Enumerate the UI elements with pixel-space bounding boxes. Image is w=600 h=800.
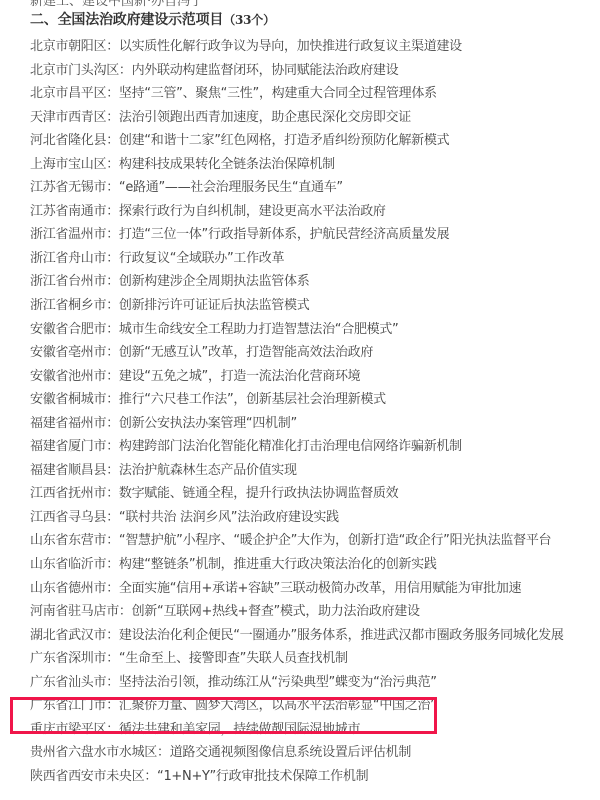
item-text: 构建科技成果转化全链条法治保障机制	[119, 157, 335, 172]
item-region: 山东省临沂市	[30, 557, 106, 572]
list-item: 江西省寻乌县：“联村共治 法润乡风”法治政府建设实践	[30, 506, 564, 530]
item-separator: ：	[106, 345, 119, 360]
item-separator: ：	[106, 510, 119, 525]
item-text: “生命至上、接警即查”失联人员查找机制	[119, 651, 348, 666]
item-region: 上海市宝山区	[30, 157, 106, 172]
item-text: 创新“互联网+热线+督查”模式，助力法治政府建设	[132, 604, 420, 619]
item-text: “e路通”——社会治理服务民生“直通车”	[119, 180, 343, 195]
item-separator: ：	[106, 39, 119, 54]
item-separator: ：	[106, 581, 119, 596]
item-text: 行政复议“全域联办”工作改革	[119, 251, 284, 266]
item-separator: ：	[106, 651, 119, 666]
item-separator: ：	[106, 274, 119, 289]
item-text: 创新构建涉企全周期执法监管体系	[119, 274, 310, 289]
highlight-box	[10, 697, 437, 734]
item-text: 数字赋能、链通全程，提升行政执法协调监督质效	[119, 486, 398, 501]
section-heading: 二、全国法治政府建设示范项目（33个）	[30, 9, 275, 29]
list-item: 山东省德州市：全面实施“信用+承诺+容缺”三联动极简办改革，用信用赋能为审批加速	[30, 577, 564, 601]
list-item: 湖北省武汉市：建设法治化利企便民“一圈通办”服务体系，推进武汉都市圈政务服务同城…	[30, 624, 564, 648]
list-item: 安徽省合肥市：城市生命线安全工程助力打造智慧法治“合肥模式”	[30, 318, 564, 342]
item-text: 法治护航森林生态产品价值实现	[119, 463, 297, 478]
list-item: 浙江省温州市：打造“三位一体”行政指导新体系，护航民营经济高质量发展	[30, 223, 564, 247]
list-item: 安徽省亳州市：创新“无感互认”改革，打造智能高效法治政府	[30, 341, 564, 365]
list-item: 广东省汕头市：坚持法治引领，推动练江从“污染典型”蝶变为“治污典范”	[30, 671, 564, 695]
item-separator: ：	[106, 180, 119, 195]
item-separator: ：	[106, 86, 119, 101]
item-text: 推行“六尺巷工作法”，创新基层社会治理新模式	[119, 392, 386, 407]
item-region: 陕西省西安市未央区	[30, 769, 144, 784]
item-text: 城市生命线安全工程助力打造智慧法治“合肥模式”	[119, 322, 399, 337]
item-separator: ：	[106, 463, 119, 478]
section-heading-count: （33个）	[223, 13, 275, 27]
item-region: 安徽省亳州市	[30, 345, 106, 360]
item-region: 安徽省池州市	[30, 369, 106, 384]
item-region: 安徽省桐城市	[30, 392, 106, 407]
item-text: 建设法治化利企便民“一圈通办”服务体系，推进武汉都市圈政务服务同城化发展	[119, 628, 564, 643]
list-item: 河南省驻马店市：创新“互联网+热线+督查”模式，助力法治政府建设	[30, 600, 564, 624]
item-separator: ：	[106, 369, 119, 384]
project-list: 北京市朝阳区：以实质性化解行政争议为导向，加快推进行政复议主渠道建设北京市门头沟…	[30, 35, 564, 789]
item-region: 浙江省舟山市	[30, 251, 106, 266]
item-region: 山东省德州市	[30, 581, 106, 596]
list-item: 广东省深圳市：“生命至上、接警即查”失联人员查找机制	[30, 647, 564, 671]
item-separator: ：	[106, 486, 119, 501]
list-item: 江西省抚州市：数字赋能、链通全程，提升行政执法协调监督质效	[30, 482, 564, 506]
list-item: 浙江省舟山市：行政复议“全域联办”工作改革	[30, 247, 564, 271]
item-text: 建设“五免之城”，打造一流法治化营商环境	[119, 369, 360, 384]
item-separator: ：	[144, 769, 157, 784]
item-region: 广东省深圳市	[30, 651, 106, 666]
item-region: 山东省东营市	[30, 533, 106, 548]
item-text: 法治引领跑出西青加速度，助企惠民深化交房即交证	[119, 110, 411, 125]
item-text: “1+N+Y”行政审批技术保障工作机制	[157, 769, 368, 784]
item-region: 贵州省六盘水市水城区	[30, 745, 157, 760]
item-region: 广东省汕头市	[30, 675, 106, 690]
item-region: 湖北省武汉市	[30, 628, 106, 643]
section-heading-title: 二、全国法治政府建设示范项目	[30, 12, 223, 28]
item-text: 创新公安执法办案管理“四机制”	[119, 416, 297, 431]
item-separator: ：	[106, 298, 119, 313]
list-item: 福建省厦门市：构建跨部门法治化智能化精准化打击治理电信网络诈骗新机制	[30, 435, 564, 459]
item-region: 江西省寻乌县	[30, 510, 106, 525]
item-separator: ：	[106, 392, 119, 407]
item-separator: ：	[119, 604, 132, 619]
list-item: 江苏省南通市：探索行政行为自纠机制，建设更高水平法治政府	[30, 200, 564, 224]
item-separator: ：	[106, 227, 119, 242]
item-text: 内外联动构建监督闭环，协同赋能法治政府建设	[132, 63, 399, 78]
list-item: 北京市昌平区：坚持“三管”、聚焦“三性”，构建重大合同全过程管理体系	[30, 82, 564, 106]
item-separator: ：	[106, 157, 119, 172]
list-item: 北京市门头沟区：内外联动构建监督闭环，协同赋能法治政府建设	[30, 59, 564, 83]
item-region: 福建省厦门市	[30, 439, 106, 454]
item-text: 以实质性化解行政争议为导向，加快推进行政复议主渠道建设	[119, 39, 462, 54]
item-text: 坚持法治引领，推动练江从“污染典型”蝶变为“治污典范”	[119, 675, 437, 690]
item-region: 天津市西青区	[30, 110, 106, 125]
list-item: 天津市西青区：法治引领跑出西青加速度，助企惠民深化交房即交证	[30, 106, 564, 130]
item-separator: ：	[106, 110, 119, 125]
item-region: 江苏省南通市	[30, 204, 106, 219]
list-item: 福建省顺昌县：法治护航森林生态产品价值实现	[30, 459, 564, 483]
item-region: 福建省顺昌县	[30, 463, 106, 478]
item-separator: ：	[106, 675, 119, 690]
item-region: 江苏省无锡市	[30, 180, 106, 195]
item-region: 江西省抚州市	[30, 486, 106, 501]
list-item: 北京市朝阳区：以实质性化解行政争议为导向，加快推进行政复议主渠道建设	[30, 35, 564, 59]
item-separator: ：	[157, 745, 170, 760]
item-text: 创建“和谐十二家”红色网格，打造矛盾纠纷预防化解新模式	[119, 133, 449, 148]
item-separator: ：	[119, 63, 132, 78]
item-text: 全面实施“信用+承诺+容缺”三联动极简办改革，用信用赋能为审批加速	[119, 581, 521, 596]
item-text: 探索行政行为自纠机制，建设更高水平法治政府	[119, 204, 386, 219]
item-text: 构建“整链条”机制，推进重大行政决策法治化的创新实践	[119, 557, 437, 572]
list-item: 浙江省台州市：创新构建涉企全周期执法监管体系	[30, 270, 564, 294]
item-separator: ：	[106, 416, 119, 431]
item-region: 河北省隆化县	[30, 133, 106, 148]
item-separator: ：	[106, 628, 119, 643]
item-text: 构建跨部门法治化智能化精准化打击治理电信网络诈骗新机制	[119, 439, 462, 454]
item-region: 浙江省温州市	[30, 227, 106, 242]
item-text: 创新排污许可证证后执法监管模式	[119, 298, 310, 313]
item-text: 道路交通视频图像信息系统设置后评估机制	[170, 745, 411, 760]
list-item: 福建省福州市：创新公安执法办案管理“四机制”	[30, 412, 564, 436]
item-separator: ：	[106, 204, 119, 219]
item-text: 打造“三位一体”行政指导新体系，护航民营经济高质量发展	[119, 227, 449, 242]
cut-off-text-line: 新建工、建设中国新·办自冯子	[30, 0, 203, 9]
item-region: 北京市门头沟区	[30, 63, 119, 78]
item-separator: ：	[106, 557, 119, 572]
item-region: 北京市昌平区	[30, 86, 106, 101]
item-region: 福建省福州市	[30, 416, 106, 431]
item-text: 坚持“三管”、聚焦“三性”，构建重大合同全过程管理体系	[119, 86, 437, 101]
item-separator: ：	[106, 133, 119, 148]
item-region: 浙江省台州市	[30, 274, 106, 289]
item-separator: ：	[106, 439, 119, 454]
item-region: 安徽省合肥市	[30, 322, 106, 337]
item-text: “联村共治 法润乡风”法治政府建设实践	[119, 510, 339, 525]
list-item: 安徽省桐城市：推行“六尺巷工作法”，创新基层社会治理新模式	[30, 388, 564, 412]
list-item: 江苏省无锡市：“e路通”——社会治理服务民生“直通车”	[30, 176, 564, 200]
list-item: 山东省临沂市：构建“整链条”机制，推进重大行政决策法治化的创新实践	[30, 553, 564, 577]
item-text: 创新“无感互认”改革，打造智能高效法治政府	[119, 345, 373, 360]
list-item: 山东省东营市：“智慧护航”小程序、“暖企护企”大作为，创新打造“政企行”阳光执法…	[30, 529, 564, 553]
list-item: 上海市宝山区：构建科技成果转化全链条法治保障机制	[30, 153, 564, 177]
item-text: “智慧护航”小程序、“暖企护企”大作为，创新打造“政企行”阳光执法监督平台	[119, 533, 551, 548]
list-item: 陕西省西安市未央区：“1+N+Y”行政审批技术保障工作机制	[30, 765, 564, 789]
list-item: 浙江省桐乡市：创新排污许可证证后执法监管模式	[30, 294, 564, 318]
item-separator: ：	[106, 251, 119, 266]
item-region: 浙江省桐乡市	[30, 298, 106, 313]
item-region: 河南省驻马店市	[30, 604, 119, 619]
list-item: 安徽省池州市：建设“五免之城”，打造一流法治化营商环境	[30, 365, 564, 389]
item-separator: ：	[106, 322, 119, 337]
list-item: 贵州省六盘水市水城区：道路交通视频图像信息系统设置后评估机制	[30, 741, 564, 765]
list-item: 河北省隆化县：创建“和谐十二家”红色网格，打造矛盾纠纷预防化解新模式	[30, 129, 564, 153]
item-separator: ：	[106, 533, 119, 548]
item-region: 北京市朝阳区	[30, 39, 106, 54]
